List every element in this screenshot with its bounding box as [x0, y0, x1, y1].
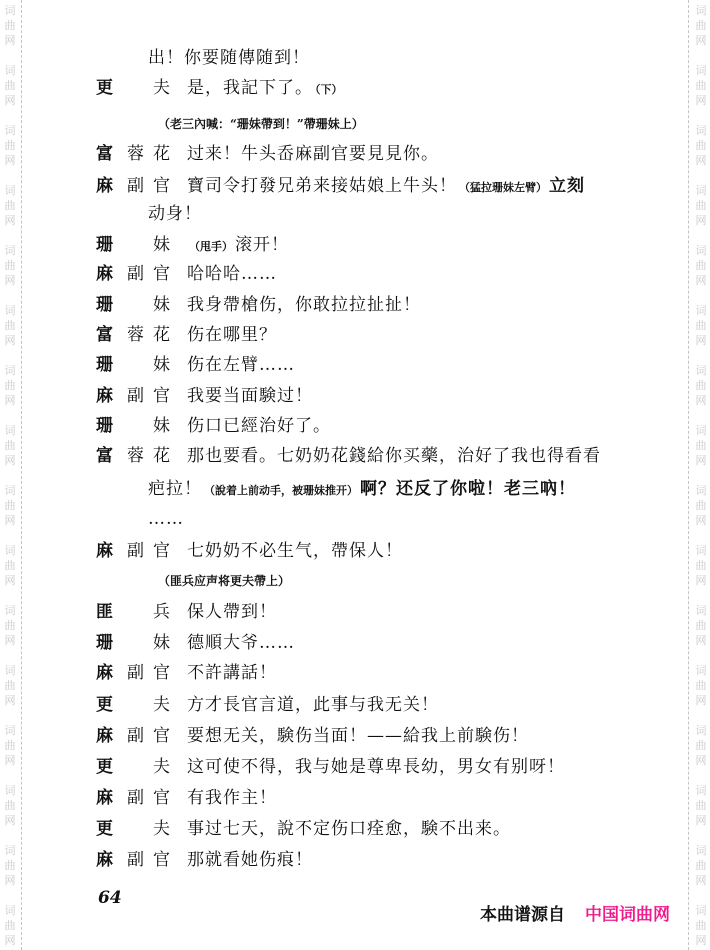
dialogue-segment: 保人帶到！	[187, 602, 277, 622]
dialogue-text: 方才長官言道，此事与我无关！	[187, 693, 439, 717]
inline-stage-direction: （猛拉珊妹左臂）	[459, 181, 547, 194]
dialogue-text: 我身帶槍伤，你敢拉拉扯扯！	[187, 293, 421, 317]
dialogue-segment: 要想无关，験伤当面！——給我上前験伤！	[187, 726, 529, 746]
script-line: 珊妹（甩手）滚开！	[0, 233, 710, 257]
dialogue-segment: 伤口已經治好了。	[187, 416, 331, 436]
speaker-char: 麻	[96, 661, 113, 685]
dialogue-text: 那就看她伤痕！	[187, 848, 313, 872]
script-line: （匪兵应声将更夫帶上）	[0, 571, 710, 595]
speaker-char: 夫	[153, 755, 170, 779]
watermark-char: 网	[2, 933, 18, 948]
dialogue-segment: 过来！牛头岙麻副官要見見你。	[187, 144, 439, 164]
watermark-char: 曲	[2, 918, 18, 933]
speaker-char: 官	[153, 724, 170, 748]
speaker-char: 更	[96, 76, 113, 100]
speaker-char: 更	[96, 693, 113, 717]
dialogue-text: 事过七天，說不定伤口痊愈，験不出来。	[187, 817, 511, 841]
watermark-char: 曲	[693, 918, 709, 933]
dialogue-text: 伤口已經治好了。	[187, 414, 331, 438]
speaker-char: 官	[153, 539, 170, 563]
watermark-char: 网	[2, 873, 18, 888]
dialogue-segment: 这可使不得，我与她是尊卑長幼，男女有别呀！	[187, 757, 565, 777]
speaker-char: 副	[127, 174, 144, 198]
dialogue-text: （甩手）滚开！	[187, 233, 289, 259]
watermark-char: 网	[693, 873, 709, 888]
speaker-char: 富	[96, 323, 113, 347]
inline-stage-direction: （說着上前动手，被珊妹推开）	[204, 484, 358, 497]
script-line: 珊妹我身帶槍伤，你敢拉拉扯扯！	[0, 293, 710, 317]
dialogue-continuation: 疤拉！（說着上前动手，被珊妹推开）啊？还反了你啦！老三吶！	[148, 477, 576, 503]
speaker-char: 妹	[153, 353, 170, 377]
speaker-char: 珊	[96, 233, 113, 257]
script-line: 麻副官有我作主！	[0, 786, 710, 810]
watermark-char: 词	[2, 903, 18, 918]
speaker-char: 官	[153, 384, 170, 408]
speaker-char: 妹	[153, 631, 170, 655]
speaker-char: 富	[96, 444, 113, 468]
dialogue-segment: 疤拉！	[148, 479, 202, 499]
dialogue-segment: 出！你要随傳随到！	[148, 48, 310, 68]
dialogue-text: 这可使不得，我与她是尊卑長幼，男女有别呀！	[187, 755, 565, 779]
speaker-char: 官	[153, 848, 170, 872]
speaker-char: 蓉	[127, 323, 144, 347]
speaker-char: 富	[96, 142, 113, 166]
speaker-char: 花	[153, 444, 170, 468]
dialogue-text: 寶司令打發兄弟来接姑娘上牛头！（猛拉珊妹左臂）立刻	[187, 174, 585, 200]
dialogue-segment: 七奶奶不必生气，帶保人！	[187, 541, 403, 561]
watermark-group: 词曲网	[693, 903, 709, 948]
script-line: 富蓉花伤在哪里？	[0, 323, 710, 347]
dialogue-text: 那也要看。七奶奶花錢給你买藥，治好了我也得看看	[187, 444, 601, 468]
watermark-group: 词曲网	[693, 3, 709, 48]
dialogue-segment: 立刻	[549, 176, 585, 196]
speaker-char: 副	[127, 848, 144, 872]
speaker-name: 富蓉花	[96, 444, 176, 468]
dialogue-segment: 那也要看。七奶奶花錢給你买藥，治好了我也得看看	[187, 446, 601, 466]
dialogue-segment: 我要当面験过！	[187, 386, 313, 406]
speaker-name: 更夫	[96, 76, 176, 100]
dialogue-continuation: 出！你要随傳随到！	[148, 46, 310, 70]
speaker-name: 更夫	[96, 817, 176, 841]
script-line: 疤拉！（說着上前动手，被珊妹推开）啊？还反了你啦！老三吶！	[0, 477, 710, 501]
dialogue-text: 伤在哪里？	[187, 323, 277, 347]
speaker-name: 麻副官	[96, 786, 176, 810]
watermark-char: 网	[693, 933, 709, 948]
dialogue-text: 是，我記下了。（下）	[187, 76, 345, 102]
dialogue-segment: 我身帶槍伤，你敢拉拉扯扯！	[187, 295, 421, 315]
watermark-char: 曲	[693, 18, 709, 33]
speaker-char: 副	[127, 724, 144, 748]
inline-stage-direction: （下）	[315, 83, 343, 96]
speaker-char: 兵	[153, 600, 170, 624]
speaker-name: 珊妹	[96, 353, 176, 377]
watermark-group: 词曲网	[2, 3, 18, 48]
speaker-char: 麻	[96, 174, 113, 198]
dialogue-segment: 动身！	[148, 204, 202, 224]
speaker-char: 妹	[153, 293, 170, 317]
watermark-char: 曲	[2, 18, 18, 33]
script-line: 更夫是，我記下了。（下）	[0, 76, 710, 100]
speaker-char: 官	[153, 262, 170, 286]
speaker-name: 麻副官	[96, 539, 176, 563]
speaker-char: 麻	[96, 262, 113, 286]
source-site-link[interactable]: 中国词曲网	[585, 905, 670, 925]
dialogue-text: 哈哈哈……	[187, 262, 277, 286]
dialogue-segment: 伤在左臂……	[187, 355, 295, 375]
dialogue-segment: 啊？还反了你啦！老三吶！	[360, 479, 576, 499]
speaker-char: 夫	[153, 817, 170, 841]
dialogue-text: 保人帶到！	[187, 600, 277, 624]
speaker-char: 花	[153, 142, 170, 166]
speaker-char: 匪	[96, 600, 113, 624]
script-line: 更夫事过七天，說不定伤口痊愈，験不出来。	[0, 817, 710, 841]
speaker-char: 夫	[153, 76, 170, 100]
source-credit: 本曲谱源自中国词曲网	[480, 900, 670, 925]
dialogue-text: 我要当面験过！	[187, 384, 313, 408]
speaker-name: 麻副官	[96, 661, 176, 685]
speaker-char: 蓉	[127, 444, 144, 468]
script-line: 珊妹德順大爷……	[0, 631, 710, 655]
dialogue-segment: 寶司令打發兄弟来接姑娘上牛头！	[187, 176, 457, 196]
script-line: 麻副官寶司令打發兄弟来接姑娘上牛头！（猛拉珊妹左臂）立刻	[0, 174, 710, 198]
dialogue-segment: 方才長官言道，此事与我无关！	[187, 695, 439, 715]
script-line: 珊妹伤在左臂……	[0, 353, 710, 377]
speaker-char: 更	[96, 817, 113, 841]
script-line: 富蓉花过来！牛头岙麻副官要見見你。	[0, 142, 710, 166]
speaker-char: 妹	[153, 233, 170, 257]
dialogue-text: 伤在左臂……	[187, 353, 295, 377]
speaker-name: 珊妹	[96, 233, 176, 257]
script-line: 出！你要随傳随到！	[0, 46, 710, 70]
dialogue-text: 德順大爷……	[187, 631, 295, 655]
dialogue-segment: 有我作主！	[187, 788, 277, 808]
dialogue-text: 要想无关，験伤当面！——給我上前験伤！	[187, 724, 529, 748]
speaker-char: 更	[96, 755, 113, 779]
speaker-name: 麻副官	[96, 848, 176, 872]
speaker-char: 副	[127, 786, 144, 810]
speaker-char: 珊	[96, 353, 113, 377]
dialogue-segment: 伤在哪里？	[187, 325, 277, 345]
speaker-char: 官	[153, 174, 170, 198]
speaker-name: 麻副官	[96, 724, 176, 748]
speaker-name: 麻副官	[96, 174, 176, 198]
speaker-name: 珊妹	[96, 631, 176, 655]
stage-direction: （匪兵应声将更夫帶上）	[158, 571, 290, 591]
speaker-char: 麻	[96, 848, 113, 872]
dialogue-segment: 是，我記下了。	[187, 78, 313, 98]
watermark-char: 词	[693, 3, 709, 18]
speaker-name: 更夫	[96, 693, 176, 717]
stage-direction: （老三內喊：“珊妹帶到！”帶珊妹上）	[158, 114, 364, 134]
script-line: 珊妹伤口已經治好了。	[0, 414, 710, 438]
dialogue-segment: ……	[148, 509, 184, 529]
speaker-char: 花	[153, 323, 170, 347]
speaker-name: 富蓉花	[96, 323, 176, 347]
dialogue-segment: 哈哈哈……	[187, 264, 277, 284]
script-line: 麻副官那就看她伤痕！	[0, 848, 710, 872]
speaker-char: 副	[127, 539, 144, 563]
watermark-char: 词	[693, 903, 709, 918]
speaker-name: 珊妹	[96, 414, 176, 438]
watermark-group: 词曲网	[2, 903, 18, 948]
page-number: 64	[98, 888, 122, 908]
dialogue-text: 有我作主！	[187, 786, 277, 810]
script-line: 更夫这可使不得，我与她是尊卑長幼，男女有别呀！	[0, 755, 710, 779]
script-line: ……	[0, 507, 710, 531]
speaker-char: 妹	[153, 414, 170, 438]
dialogue-continuation: ……	[148, 507, 184, 531]
dialogue-segment: 不許講話！	[187, 663, 277, 683]
speaker-char: 麻	[96, 384, 113, 408]
inline-stage-direction: （甩手）	[189, 240, 233, 253]
dialogue-segment: 那就看她伤痕！	[187, 850, 313, 870]
speaker-char: 麻	[96, 786, 113, 810]
speaker-char: 珊	[96, 414, 113, 438]
script-line: 麻副官要想无关，験伤当面！——給我上前験伤！	[0, 724, 710, 748]
speaker-char: 麻	[96, 539, 113, 563]
dialogue-text: 不許講話！	[187, 661, 277, 685]
script-line: 富蓉花那也要看。七奶奶花錢給你买藥，治好了我也得看看	[0, 444, 710, 468]
speaker-char: 副	[127, 661, 144, 685]
speaker-char: 珊	[96, 293, 113, 317]
speaker-char: 副	[127, 262, 144, 286]
dialogue-segment: 事过七天，說不定伤口痊愈，験不出来。	[187, 819, 511, 839]
dialogue-continuation: 动身！	[148, 202, 202, 226]
script-line: 更夫方才長官言道，此事与我无关！	[0, 693, 710, 717]
speaker-name: 麻副官	[96, 262, 176, 286]
speaker-name: 珊妹	[96, 293, 176, 317]
script-line: 麻副官七奶奶不必生气，帶保人！	[0, 539, 710, 563]
speaker-char: 麻	[96, 724, 113, 748]
watermark-char: 词	[2, 3, 18, 18]
speaker-name: 富蓉花	[96, 142, 176, 166]
speaker-char: 夫	[153, 693, 170, 717]
script-line: 动身！	[0, 202, 710, 226]
source-label: 本曲谱源自	[480, 905, 565, 925]
speaker-char: 官	[153, 661, 170, 685]
speaker-name: 更夫	[96, 755, 176, 779]
speaker-name: 麻副官	[96, 384, 176, 408]
script-line: 麻副官我要当面験过！	[0, 384, 710, 408]
speaker-char: 副	[127, 384, 144, 408]
speaker-char: 官	[153, 786, 170, 810]
dialogue-text: 七奶奶不必生气，帶保人！	[187, 539, 403, 563]
speaker-char: 珊	[96, 631, 113, 655]
speaker-name: 匪兵	[96, 600, 176, 624]
script-line: 匪兵保人帶到！	[0, 600, 710, 624]
dialogue-text: 过来！牛头岙麻副官要見見你。	[187, 142, 439, 166]
dialogue-segment: 滚开！	[235, 235, 289, 255]
dialogue-segment: 德順大爷……	[187, 633, 295, 653]
script-line: （老三內喊：“珊妹帶到！”帶珊妹上）	[0, 114, 710, 138]
script-line: 麻副官不許講話！	[0, 661, 710, 685]
script-line: 麻副官哈哈哈……	[0, 262, 710, 286]
speaker-char: 蓉	[127, 142, 144, 166]
